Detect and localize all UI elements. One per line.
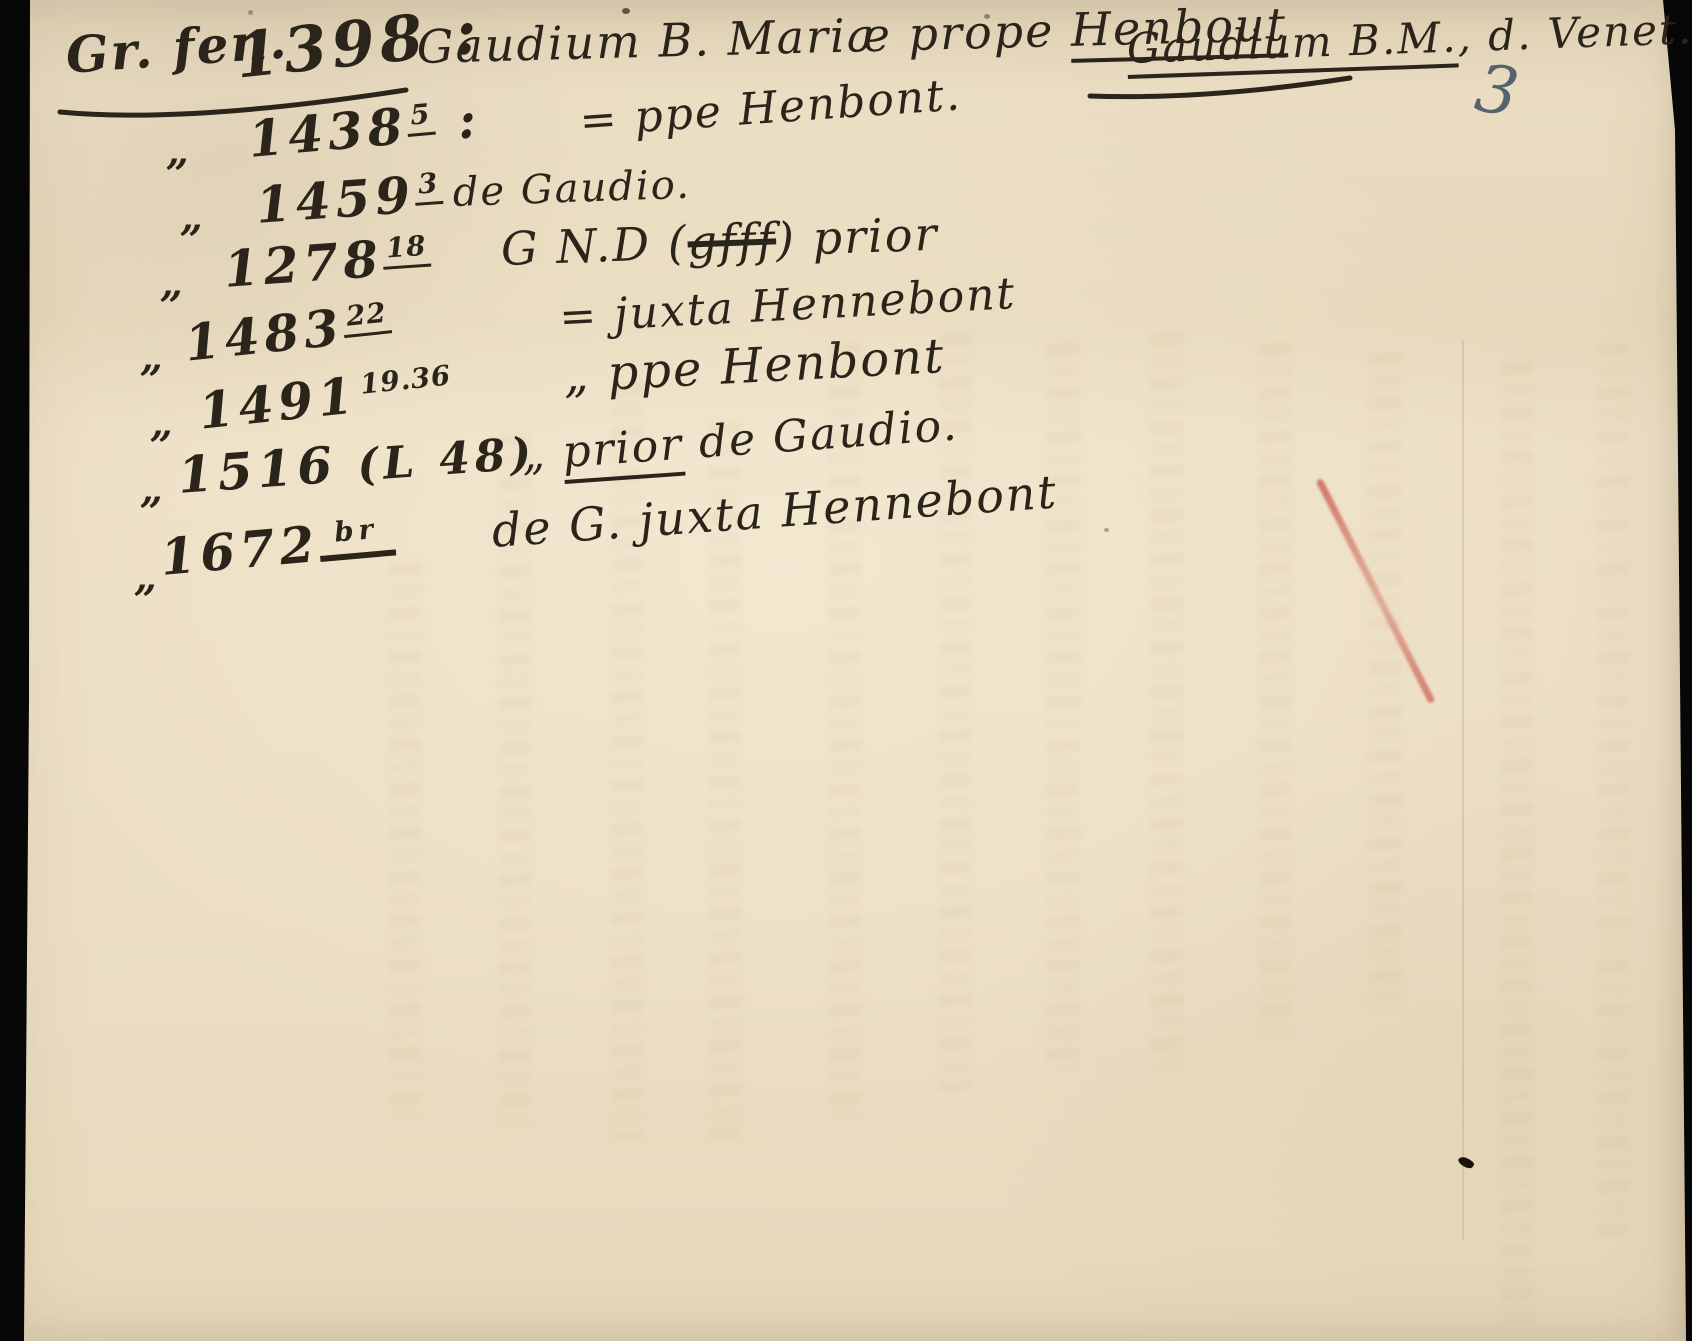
ditto-mark: „: [140, 466, 165, 513]
paper-speck: [248, 10, 253, 15]
ditto-mark: „: [140, 334, 165, 381]
struck-out-text: gfff: [687, 212, 777, 269]
paper-speck: [1104, 528, 1109, 532]
ditto-mark: „: [166, 128, 191, 175]
ditto-mark: „: [134, 554, 159, 601]
ditto-mark: „: [160, 260, 185, 307]
scanned-document: Gr. fen. 1398 : Gaudium B. Mariæ prope H…: [0, 0, 1692, 1341]
underline-flourish: [1086, 72, 1356, 102]
paper-crease: [1462, 340, 1464, 1240]
ditto-mark: „: [150, 400, 175, 447]
paper-speck: [622, 8, 630, 14]
entry-note: de Gaudio.: [452, 162, 692, 216]
paper-speck: [984, 14, 990, 19]
ditto-mark: „: [180, 194, 205, 241]
